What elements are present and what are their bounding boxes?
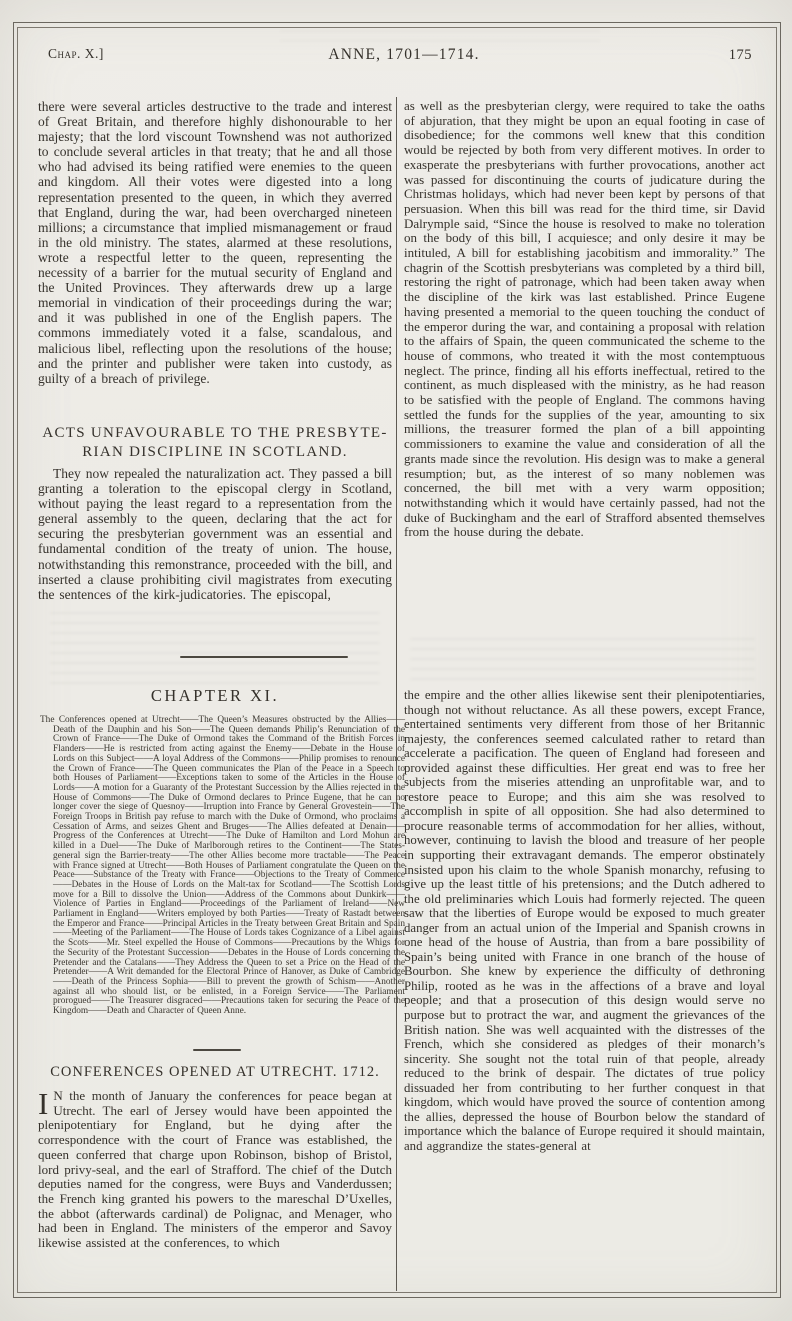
bleedthrough-smudge [280,30,600,44]
book-page-scan: Chap. X.] ANNE, 1701—1714. 175 there wer… [0,0,792,1321]
left-paragraph-3-text: N the month of January the conferences f… [38,1088,392,1250]
short-divider-rule [193,1049,241,1051]
right-paragraph-1: as well as the presbyterian clergy, were… [404,99,765,540]
section-divider-rule [180,656,348,658]
column-divider [396,97,397,1291]
running-title: ANNE, 1701—1714. [48,46,760,64]
bleedthrough-smudge [50,612,380,684]
section-heading-acts-line1: ACTS UNFAVOURABLE TO THE PRESBYTE- [38,424,392,443]
drop-cap: I [38,1089,53,1117]
section-heading-acts-line2: RIAN DISCIPLINE IN SCOTLAND. [38,443,392,462]
section-heading-conferences: CONFERENCES OPENED AT UTRECHT. 1712. [38,1064,392,1081]
page-number: 175 [729,47,752,64]
chapter-heading: CHAPTER XI. [38,686,392,706]
right-paragraph-2: the empire and the other allies likewise… [404,688,765,1154]
left-paragraph-1: there were several articles destructive … [38,99,392,386]
section-heading-acts: ACTS UNFAVOURABLE TO THE PRESBYTE- RIAN … [38,424,392,461]
running-header: Chap. X.] ANNE, 1701—1714. 175 [48,46,760,66]
bleedthrough-smudge [410,638,755,686]
left-paragraph-2: They now repealed the naturalization act… [38,466,392,602]
chapter-summary: The Conferences opened at Utrecht——The Q… [40,716,405,1017]
left-paragraph-3: IN the month of January the conferences … [38,1089,392,1251]
